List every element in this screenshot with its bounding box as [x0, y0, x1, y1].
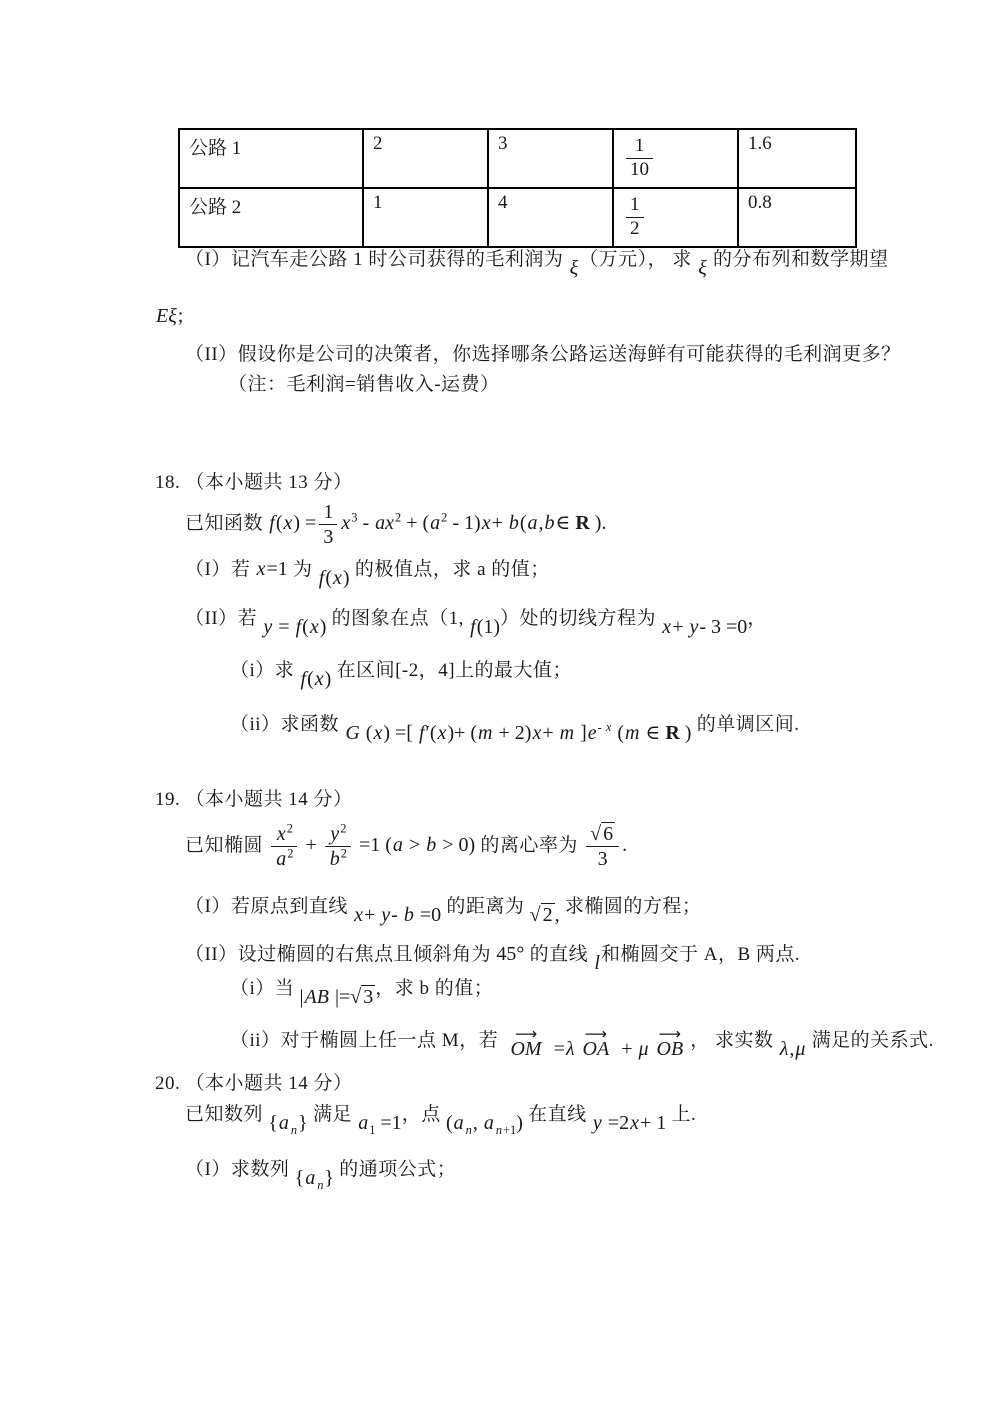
q17-note-line: （注：毛利润=销售收入-运费） [228, 372, 500, 398]
q18-part2-line: （II）若 y = f(x) 的图象在点（1, f(1)）处的切线方程为 x+ … [185, 606, 767, 641]
q18-intro-line: 已知函数 f(x) =13x3 - ax2 + (a2 - 1)x+ b(a,b… [185, 500, 606, 549]
q19-part2ii-line: （ii）对于椭圆上任一点 M，若 OM =λOA + μOB， 求实数 λ,μ … [230, 1028, 934, 1063]
q17-part1-line: （I）记汽车走公路 1 时公司获得的毛利润为 ξ（万元）， 求 ξ 的分布列和数… [185, 247, 889, 282]
cell-road1-prob: 110 [613, 129, 738, 188]
cell-road1-name: 公路 1 [179, 129, 363, 188]
q20-header: 20. （本小题共 14 分） [155, 1071, 353, 1097]
q18-header: 18. （本小题共 13 分） [155, 470, 353, 496]
cell-road2-name: 公路 2 [179, 188, 363, 247]
q19-part2-line: （II）设过椭圆的右焦点且倾斜角为 45° 的直线 l和椭圆交于 A，B 两点. [185, 941, 800, 977]
q18-part2i-line: （i）求 f(x) 在区间[-2，4]上的最大值； [230, 658, 572, 693]
q19-part1-line: （I）若原点到直线 x+ y- b =0 的距离为 2, 求椭圆的方程； [185, 894, 701, 929]
road-profit-table: 公路 1 2 3 110 1.6 公路 2 1 4 12 0.8 [178, 128, 857, 248]
cell-road1-col2: 2 [363, 129, 488, 188]
cell-road2-prob: 12 [613, 188, 738, 247]
exam-document-page: 公路 1 2 3 110 1.6 公路 2 1 4 12 0.8 （I）记汽车走… [0, 0, 1000, 1415]
q17-exi-line: Eξ; [155, 303, 183, 330]
cell-road2-col5: 0.8 [738, 188, 856, 247]
q19-part2i-line: （i）当 |AB |=3，求 b 的值； [230, 976, 493, 1011]
fraction-1-10: 110 [626, 135, 653, 182]
q18-part1-line: （I）若 x=1 为 f(x) 的极值点，求 a 的值； [185, 556, 550, 592]
table-row-road2: 公路 2 1 4 12 0.8 [179, 188, 856, 247]
cell-road1-col3: 3 [488, 129, 613, 188]
q17-part2-line: （II）假设你是公司的决策者，你选择哪条公路运送海鲜有可能获得的毛利润更多？ [185, 342, 901, 368]
table-row-road1: 公路 1 2 3 110 1.6 [179, 129, 856, 188]
q19-header: 19. （本小题共 14 分） [155, 787, 353, 813]
cell-road2-col2: 1 [363, 188, 488, 247]
q19-intro-line: 已知椭圆 x2a2 + y2b2 =1 (a > b > 0) 的离心率为 63… [185, 822, 627, 871]
q20-intro-line: 已知数列 {an} 满足 a1 =1，点 (an, an+1) 在直线 y =2… [185, 1102, 696, 1137]
cell-road2-col3: 4 [488, 188, 613, 247]
q18-part2ii-line: （ii）求函数 G (x) =[ f′(x)+ (m + 2)x+ m ]e- … [230, 712, 799, 747]
fraction-1-2: 12 [626, 194, 644, 241]
q20-part1-line: （I）求数列 {an} 的通项公式； [185, 1157, 456, 1192]
cell-road1-col5: 1.6 [738, 129, 856, 188]
